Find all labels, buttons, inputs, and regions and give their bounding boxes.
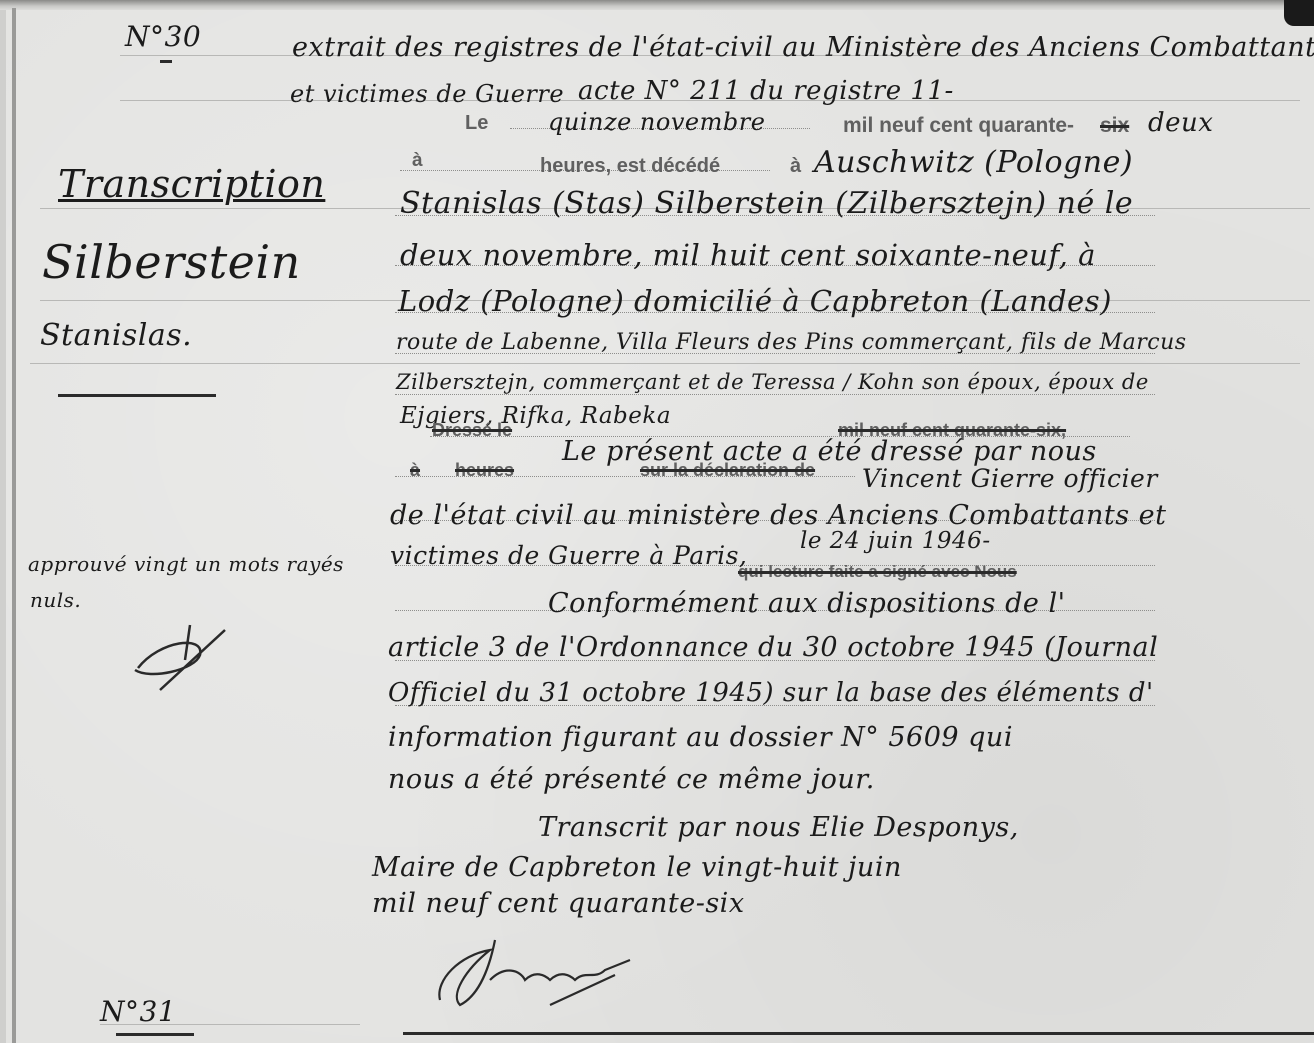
- next-entry-underline: [116, 1033, 194, 1036]
- domicile-line: Lodz (Pologne) domicilié à Capbreton (La…: [398, 284, 1112, 318]
- header-line-2: et victimes de Guerre: [290, 80, 564, 108]
- birth-line: deux novembre, mil huit cent soixante-ne…: [400, 238, 1096, 272]
- margin-surname: Silberstein: [42, 235, 301, 289]
- ruled-line: [30, 363, 1300, 364]
- printed-declaration-struck: sur la déclaration de: [640, 460, 815, 481]
- paris-line: victimes de Guerre à Paris,: [390, 541, 747, 570]
- journal-officiel-line: Officiel du 31 octobre 1945) sur la base…: [388, 678, 1154, 708]
- printed-lecture-struck: qui lecture faite a signé avec Nous: [738, 562, 1017, 582]
- header-line-1: extrait des registres de l'état-civil au…: [292, 32, 1314, 63]
- bottom-divider: [403, 1032, 1314, 1035]
- margin-title: Transcription: [58, 162, 325, 206]
- printed-dresse-le-struck: Dressé le: [432, 420, 512, 441]
- printed-a-struck: à: [410, 460, 420, 481]
- death-year-suffix: deux: [1148, 108, 1213, 138]
- parents-line: Zilbersztejn, commerçant et de Teressa /…: [396, 370, 1149, 394]
- transcrit-line: Transcrit par nous Elie Desponys,: [538, 812, 1019, 843]
- printed-a: à: [412, 150, 423, 172]
- act-number: acte N° 211 du registre 11-: [578, 76, 954, 106]
- presente-line: nous a été présenté ce même jour.: [388, 764, 875, 795]
- margin-divider: [58, 394, 216, 397]
- printed-year: mil neuf cent quarante-: [843, 114, 1074, 138]
- printed-heures-struck: heures: [455, 460, 514, 481]
- mayor-signature-icon: [430, 935, 650, 1015]
- paris-date: le 24 juin 1946-: [800, 528, 991, 554]
- death-day-month: quinze novembre: [548, 108, 765, 136]
- page-top-edge: [0, 0, 1314, 10]
- conformement-line: Conformément aux dispositions de l': [548, 588, 1066, 619]
- approval-note-2: nuls.: [30, 588, 81, 612]
- ruled-line: [100, 1024, 360, 1025]
- initials-signature-icon: [130, 620, 240, 700]
- printed-a-place: à: [790, 155, 801, 178]
- dossier-line: information figurant au dossier N° 5609 …: [388, 722, 1013, 753]
- address-line: route de Labenne, Villa Fleurs des Pins …: [396, 330, 1187, 355]
- deceased-name-line: Stanislas (Stas) Silberstein (Zilberszte…: [400, 186, 1133, 221]
- article-line: article 3 de l'Ordonnance du 30 octobre …: [388, 632, 1158, 663]
- margin-rule: [12, 8, 16, 1043]
- ministry-line: de l'état civil au ministère des Anciens…: [390, 500, 1166, 531]
- printed-le: Le: [465, 112, 488, 135]
- register-page: N°30 extrait des registres de l'état-civ…: [0, 0, 1314, 1043]
- officer-name: Vincent Gierre officier: [862, 464, 1158, 493]
- year-line: mil neuf cent quarante-six: [372, 888, 745, 919]
- margin-given-name: Stanislas.: [40, 318, 192, 353]
- page-binding-edge: [0, 0, 6, 1043]
- entry-number-underline: [160, 60, 172, 63]
- approval-note: approuvé vingt un mots rayés: [28, 552, 344, 576]
- dotted-rule: [395, 394, 1155, 395]
- entry-number: N°30: [125, 20, 201, 53]
- page-corner-shadow: [1284, 0, 1314, 26]
- printed-six-struck: six: [1100, 114, 1129, 138]
- printed-heures-decede: heures, est décédé: [540, 155, 720, 178]
- place-of-death: Auschwitz (Pologne): [814, 145, 1133, 180]
- maire-line: Maire de Capbreton le vingt-huit juin: [372, 852, 902, 883]
